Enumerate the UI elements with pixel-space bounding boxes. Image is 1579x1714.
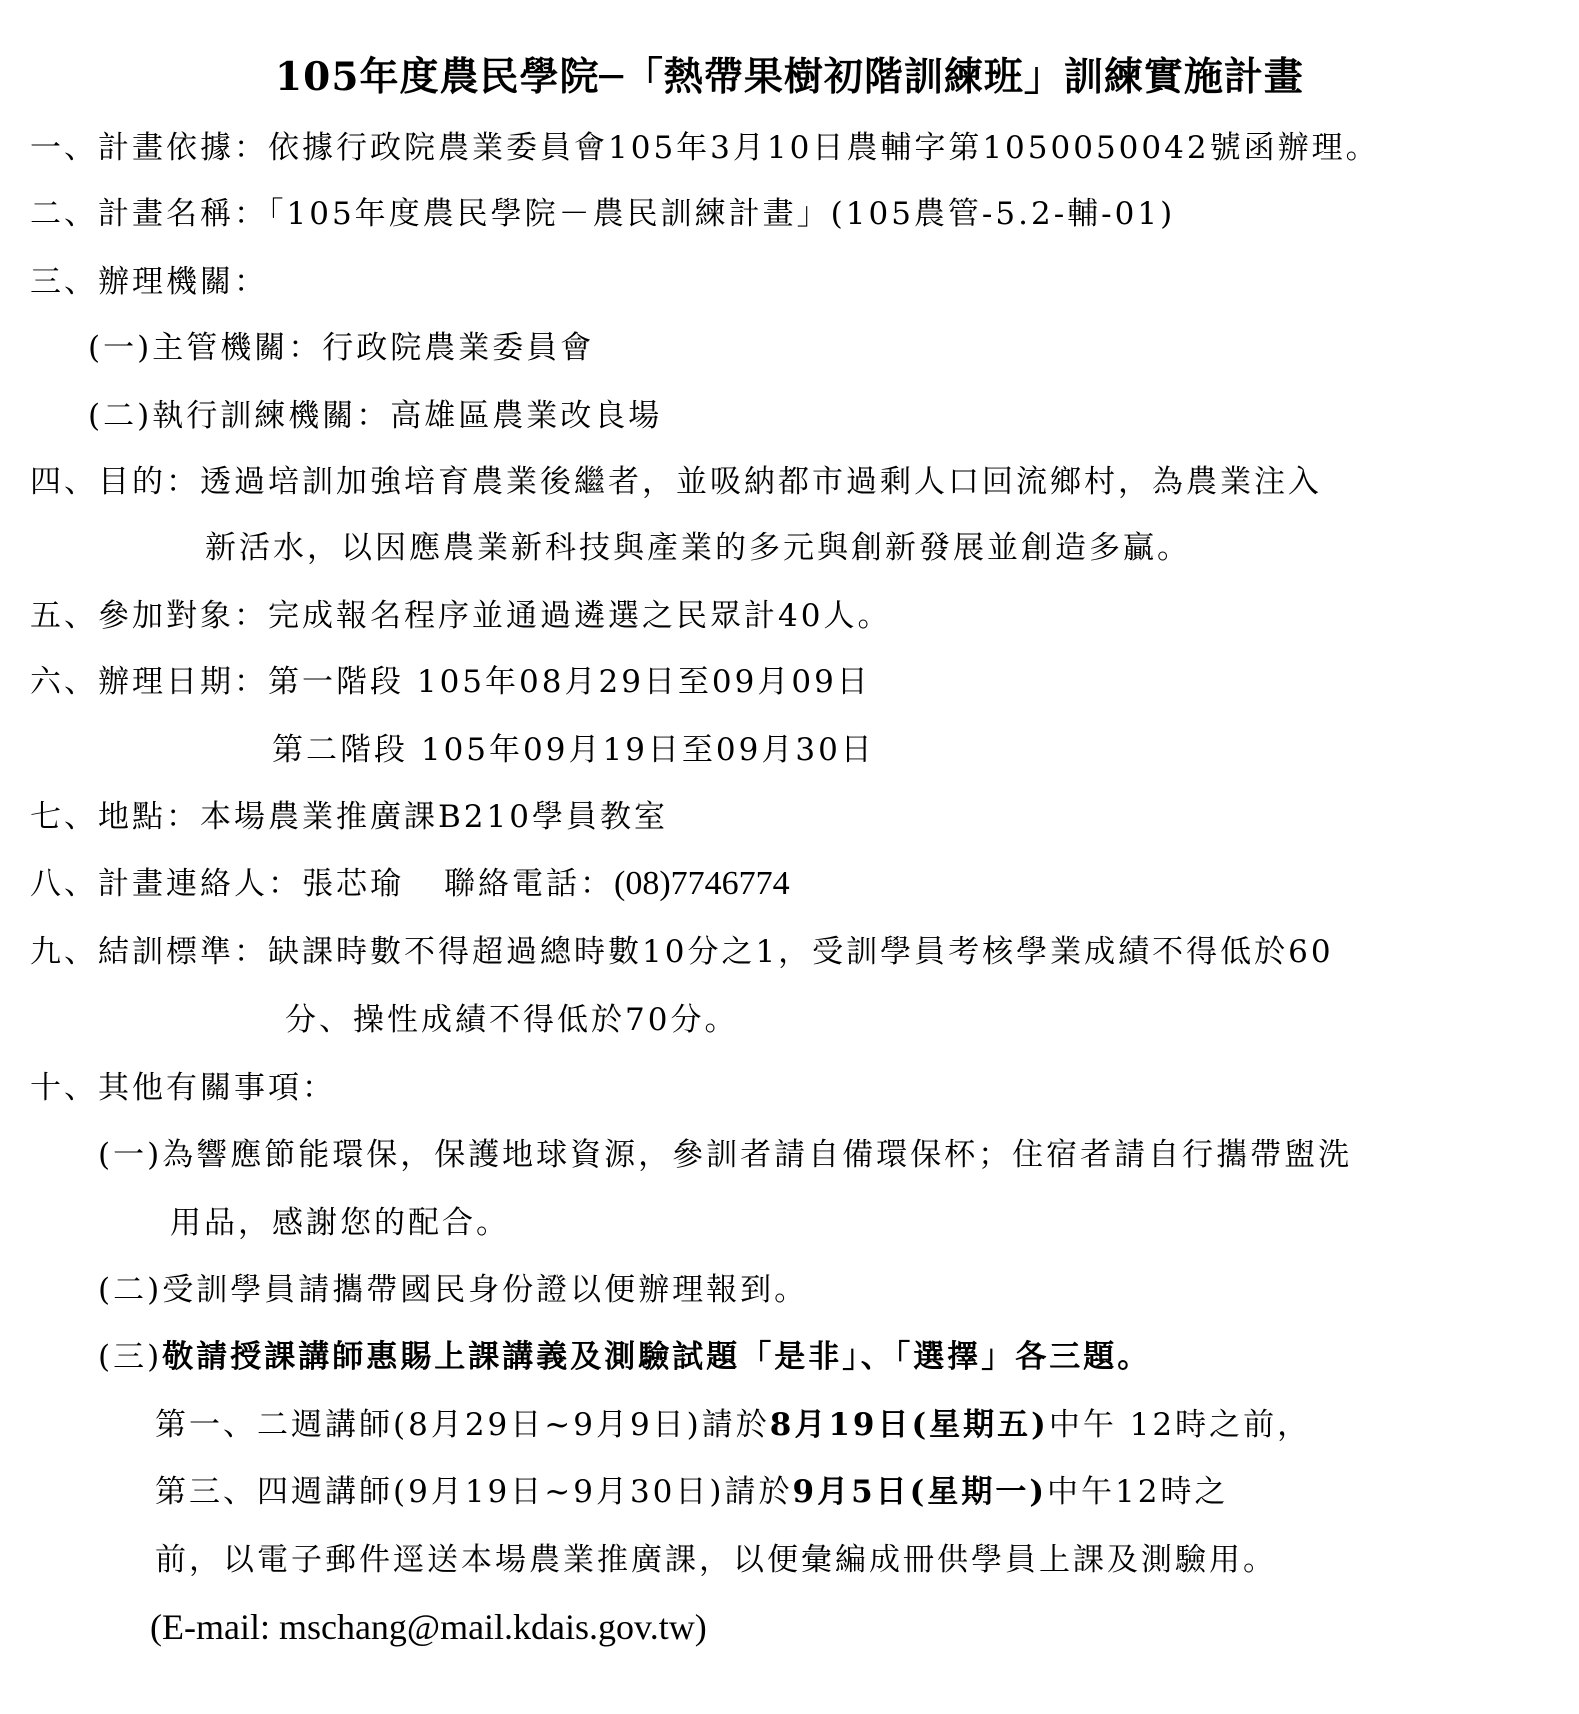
section-10-label: 十、其他有關事項： — [30, 1068, 336, 1108]
section-10-item-3-text: 敬請授課講師惠賜上課講義及測驗試題「是非」、「選擇」各三題。 — [162, 1339, 1151, 1375]
section-5-label: 五、參加對象： — [30, 598, 268, 634]
contact-name: 張芯瑜 — [302, 866, 404, 902]
section-1-text: 依據行政院農業委員會105年3月10日農輔字第1050050042號函辦理。 — [268, 130, 1380, 166]
section-4-line-2: 新活水，以因應農業新科技與產業的多元與創新發展並創造多贏。 — [205, 528, 1191, 568]
section-3-item-2: (二)執行訓練機關：高雄區農業改良場 — [88, 396, 662, 436]
phone-label: 聯絡電話： — [444, 866, 614, 902]
section-2: 二、計畫名稱：「105年度農民學院－農民訓練計畫」(105農管-5.2-輔-01… — [30, 194, 1175, 234]
section-10-item-1-line-1: (一)為響應節能環保，保護地球資源，參訓者請自備環保杯；住宿者請自行攜帶盥洗 — [98, 1135, 1352, 1175]
section-4-line-1: 透過培訓加強培育農業後繼者，並吸納都市過剩人口回流鄉村，為農業注入 — [200, 464, 1322, 500]
week-3-4-suffix: 中午12時之 — [1047, 1474, 1228, 1510]
week-3-4-prefix: 第三、四週講師(9月19日~9月30日)請於 — [155, 1474, 793, 1510]
week-1-2-deadline: 8月19日(星期五) — [770, 1407, 1049, 1443]
document-page: 105年度農民學院─「熱帶果樹初階訓練班」訓練實施計畫 一、計畫依據：依據行政院… — [0, 0, 1579, 1714]
section-5: 五、參加對象：完成報名程序並通過遴選之民眾計40人。 — [30, 596, 891, 636]
section-10-item-3-prefix: (三) — [98, 1339, 162, 1375]
section-9: 九、結訓標準：缺課時數不得超過總時數10分之1，受訓學員考核學業成績不得低於60 — [30, 932, 1334, 972]
section-6-phase-2: 第二階段 105年09月19日至09月30日 — [272, 730, 875, 770]
section-6: 六、辦理日期：第一階段 105年08月29日至09月09日 — [30, 662, 871, 702]
section-9-label: 九、結訓標準： — [30, 934, 268, 970]
section-9-line-1: 缺課時數不得超過總時數10分之1，受訓學員考核學業成績不得低於60 — [268, 934, 1334, 970]
section-3-item-1-text: 行政院農業委員會 — [322, 330, 594, 366]
section-10-item-3: (三)敬請授課講師惠賜上課講義及測驗試題「是非」、「選擇」各三題。 — [98, 1337, 1151, 1377]
section-10-item-1-line-2: 用品，感謝您的配合。 — [170, 1203, 510, 1243]
section-10-item-2: (二)受訓學員請攜帶國民身份證以便辦理報到。 — [98, 1270, 808, 1310]
section-8-label: 八、計畫連絡人： — [30, 866, 302, 902]
section-3-item-1: (一)主管機關：行政院農業委員會 — [88, 328, 594, 368]
section-4: 四、目的：透過培訓加強培育農業後繼者，並吸納都市過剩人口回流鄉村，為農業注入 — [30, 462, 1322, 502]
contact-email[interactable]: (E-mail: mschang@mail.kdais.gov.tw) — [150, 1607, 707, 1647]
section-7-label: 七、地點： — [30, 799, 200, 835]
section-6-label: 六、辦理日期： — [30, 664, 268, 700]
section-8: 八、計畫連絡人：張芯瑜聯絡電話：(08)7746774 — [30, 864, 790, 904]
section-6-phase-1: 第一階段 105年08月29日至09月09日 — [268, 664, 871, 700]
section-9-line-2: 分、操性成績不得低於70分。 — [285, 1000, 738, 1040]
week-1-2-instructions: 第一、二週講師(8月29日~9月9日)請於8月19日(星期五)中午 12時之前， — [155, 1405, 1311, 1445]
week-1-2-prefix: 第一、二週講師(8月29日~9月9日)請於 — [155, 1407, 770, 1443]
section-3-item-2-text: 高雄區農業改良場 — [390, 398, 662, 434]
section-2-text: 「105年度農民學院－農民訓練計畫」(105農管-5.2-輔-01) — [268, 196, 1175, 232]
phone-number: (08)7746774 — [614, 865, 790, 902]
week-1-2-suffix: 中午 12時之前， — [1049, 1407, 1311, 1443]
section-2-label: 二、計畫名稱： — [30, 196, 268, 232]
closing-instructions: 前，以電子郵件逕送本場農業推廣課，以便彙編成冊供學員上課及測驗用。 — [155, 1540, 1277, 1580]
section-3-label: 三、辦理機關： — [30, 262, 268, 302]
section-3-item-2-label: (二)執行訓練機關： — [88, 398, 390, 434]
week-3-4-instructions: 第三、四週講師(9月19日~9月30日)請於9月5日(星期一)中午12時之 — [155, 1472, 1228, 1512]
section-5-text: 完成報名程序並通過遴選之民眾計40人。 — [268, 598, 891, 634]
section-4-label: 四、目的： — [30, 464, 200, 500]
section-1: 一、計畫依據：依據行政院農業委員會105年3月10日農輔字第1050050042… — [30, 128, 1380, 168]
section-7: 七、地點：本場農業推廣課B210學員教室 — [30, 797, 668, 837]
section-3-item-1-label: (一)主管機關： — [88, 330, 322, 366]
section-7-text: 本場農業推廣課B210學員教室 — [200, 799, 668, 835]
week-3-4-deadline: 9月5日(星期一) — [793, 1474, 1047, 1510]
section-1-label: 一、計畫依據： — [30, 130, 268, 166]
document-title: 105年度農民學院─「熱帶果樹初階訓練班」訓練實施計畫 — [0, 52, 1579, 102]
